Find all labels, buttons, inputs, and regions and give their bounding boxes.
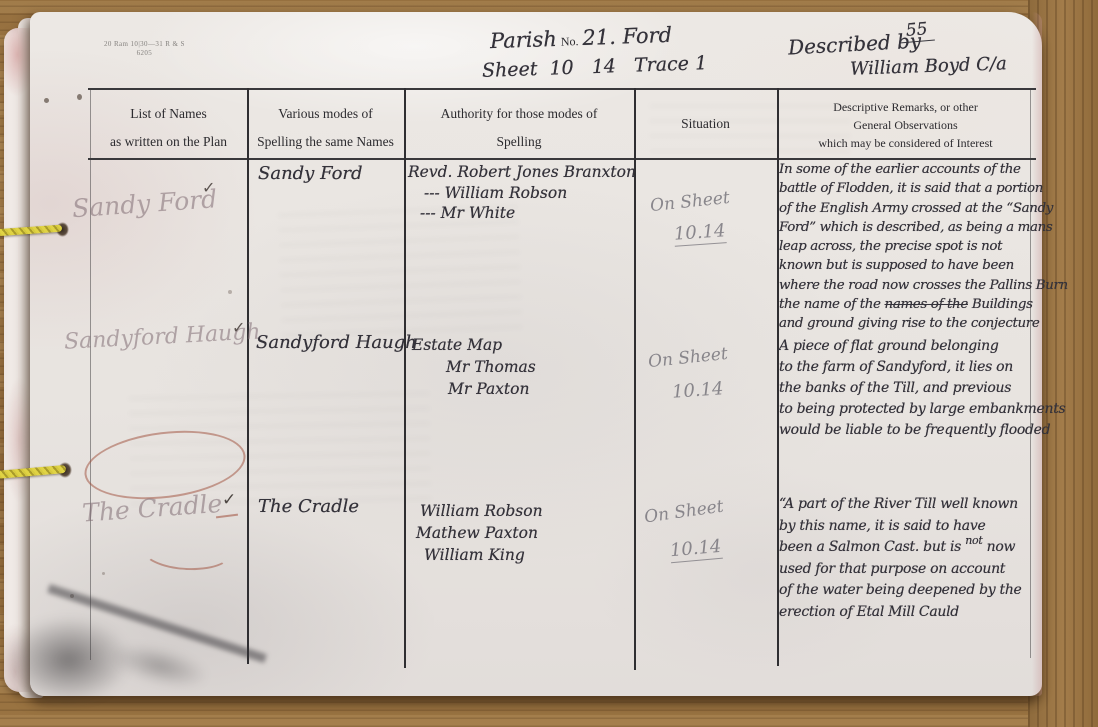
remark-line: Ford” which is described, as being a man… [779,218,1041,237]
spelling-entry: Sandy Ford [258,163,363,184]
remark-line: by this name, it is said to have [779,516,1041,538]
column-header-situation: Situation [634,116,777,132]
name-book-scan-photo: 20 Ram 10|30—31 R & S 6205 55 Parish No.… [0,0,1098,727]
remark-line: to the farm of Sandyford, it lies on [779,357,1041,378]
parish-title: Parish No. 21. Ford [490,23,673,53]
remarks-block: “A part of the River Till well known by … [779,494,1041,623]
punch-hole [44,98,49,103]
fly-speck [228,290,232,294]
remark-line: to being protected by large embankments [779,399,1041,420]
plan-name-entry: Sandy Ford [71,182,253,223]
remark-line: erection of Etal Mill Cauld [779,602,1041,624]
remark-line: of the English Army crossed at the “Sand… [779,199,1041,218]
checkmark-icon: ✓ [202,178,215,197]
authority-line: Estate Map [412,334,536,356]
remark-text: the name of the [779,297,885,312]
described-by-label: Described by [787,29,921,60]
stamp-line: 6205 [104,49,185,58]
plan-name-entry: Sandyford Haugh [63,318,284,354]
column-header-line: Authority for those modes of [404,100,634,128]
authority-list: Estate Map Mr Thomas Mr Paxton [412,334,536,400]
column-header-line: Spelling the same Names [247,128,404,156]
remark-line: would be liable to be frequently flooded [779,420,1041,441]
inserted-word: not [965,534,982,547]
column-header-line: General Observations [777,116,1034,134]
remarks-block: In some of the earlier accounts of the b… [779,160,1041,334]
remark-line: of the water being deepened by the [779,580,1041,602]
register-page: 20 Ram 10|30—31 R & S 6205 55 Parish No.… [30,12,1042,696]
stamp-line: 20 Ram 10|30—31 R & S [104,40,185,49]
remark-line: A piece of flat ground belonging [779,336,1041,357]
column-header-line: Various modes of [247,100,404,128]
spelling-entry: The Cradle [258,496,359,517]
column-header-line: as written on the Plan [90,128,247,156]
column-header-authority: Authority for those modes of Spelling [404,100,634,156]
remark-line: the banks of the Till, and previous [779,378,1041,399]
column-header-line: Situation [634,116,777,132]
situation-entry: On Sheet [649,188,730,216]
authority-line: William Robson [420,500,543,522]
punch-hole [77,94,82,100]
column-header-line: List of Names [90,100,247,128]
checkmark-icon: ✓ [222,490,236,510]
remark-line: known but is supposed to have been [779,256,1041,275]
remark-text: been a Salmon Cast. but is [779,539,965,555]
checkmark-icon: ✓ [232,318,245,337]
remark-line-with-edit: the name of the names of the Buildings [779,295,1041,314]
column-header-names: List of Names as written on the Plan [90,100,247,156]
sheet-reference: 10.14 [669,536,722,563]
situation-entry: On Sheet [647,344,728,372]
remark-line: battle of Flodden, it is said that a por… [779,179,1041,198]
spelling-entry: Sandyford Haugh [256,332,417,353]
column-header-line: which may be considered of Interest [777,134,1034,152]
authority-line: William King [424,544,543,566]
describer-name: William Boyd C/a [850,53,1007,79]
column-divider [404,88,406,668]
remark-line: and ground giving rise to the conjecture [779,314,1041,333]
column-divider [247,88,249,664]
table-top-rule [88,88,1036,90]
strikethrough-text: names of the [885,297,968,312]
sheet-reference: 10.14 [671,378,724,403]
column-header-remarks: Descriptive Remarks, or other General Ob… [777,98,1034,152]
fly-speck [102,572,105,575]
table-left-border [90,88,91,660]
remark-text: Buildings [968,297,1033,312]
red-arc-annotation [141,530,233,573]
remark-line: In some of the earlier accounts of the [779,160,1041,179]
authority-list: Revd. Robert Jones Branxton --- William … [408,162,636,224]
printer-stamp: 20 Ram 10|30—31 R & S 6205 [104,40,185,58]
remark-line: “A part of the River Till well known [779,494,1041,516]
remark-line-with-insert: been a Salmon Cast. but is not now [779,537,1041,559]
remark-line: leap across, the precise spot is not [779,237,1041,256]
sheet-line: Sheet 10 14 Trace 1 [482,52,708,82]
column-header-line: Spelling [404,128,634,156]
column-header-spelling-modes: Various modes of Spelling the same Names [247,100,404,156]
remark-line: where the road now crosses the Pallins B… [779,276,1041,295]
column-header-line: Descriptive Remarks, or other [777,98,1034,116]
authority-line: Mathew Paxton [416,522,543,544]
parish-label: Parish [490,27,558,53]
authority-list: William Robson Mathew Paxton William Kin… [416,500,543,566]
remarks-block: A piece of flat ground belonging to the … [779,336,1041,441]
remark-line: used for that purpose on account [779,559,1041,581]
remark-text: now [982,539,1015,555]
authority-line: Mr Thomas [446,356,536,378]
sheet-reference: 10.14 [673,220,726,247]
no-label: No. [561,34,579,49]
parish-value: 21. Ford [582,23,672,50]
authority-line: Mr Paxton [448,378,536,400]
authority-line: --- Mr White [420,203,636,224]
situation-entry: On Sheet [643,497,725,528]
authority-line: --- William Robson [424,183,636,204]
authority-line: Revd. Robert Jones Branxton [408,162,636,183]
